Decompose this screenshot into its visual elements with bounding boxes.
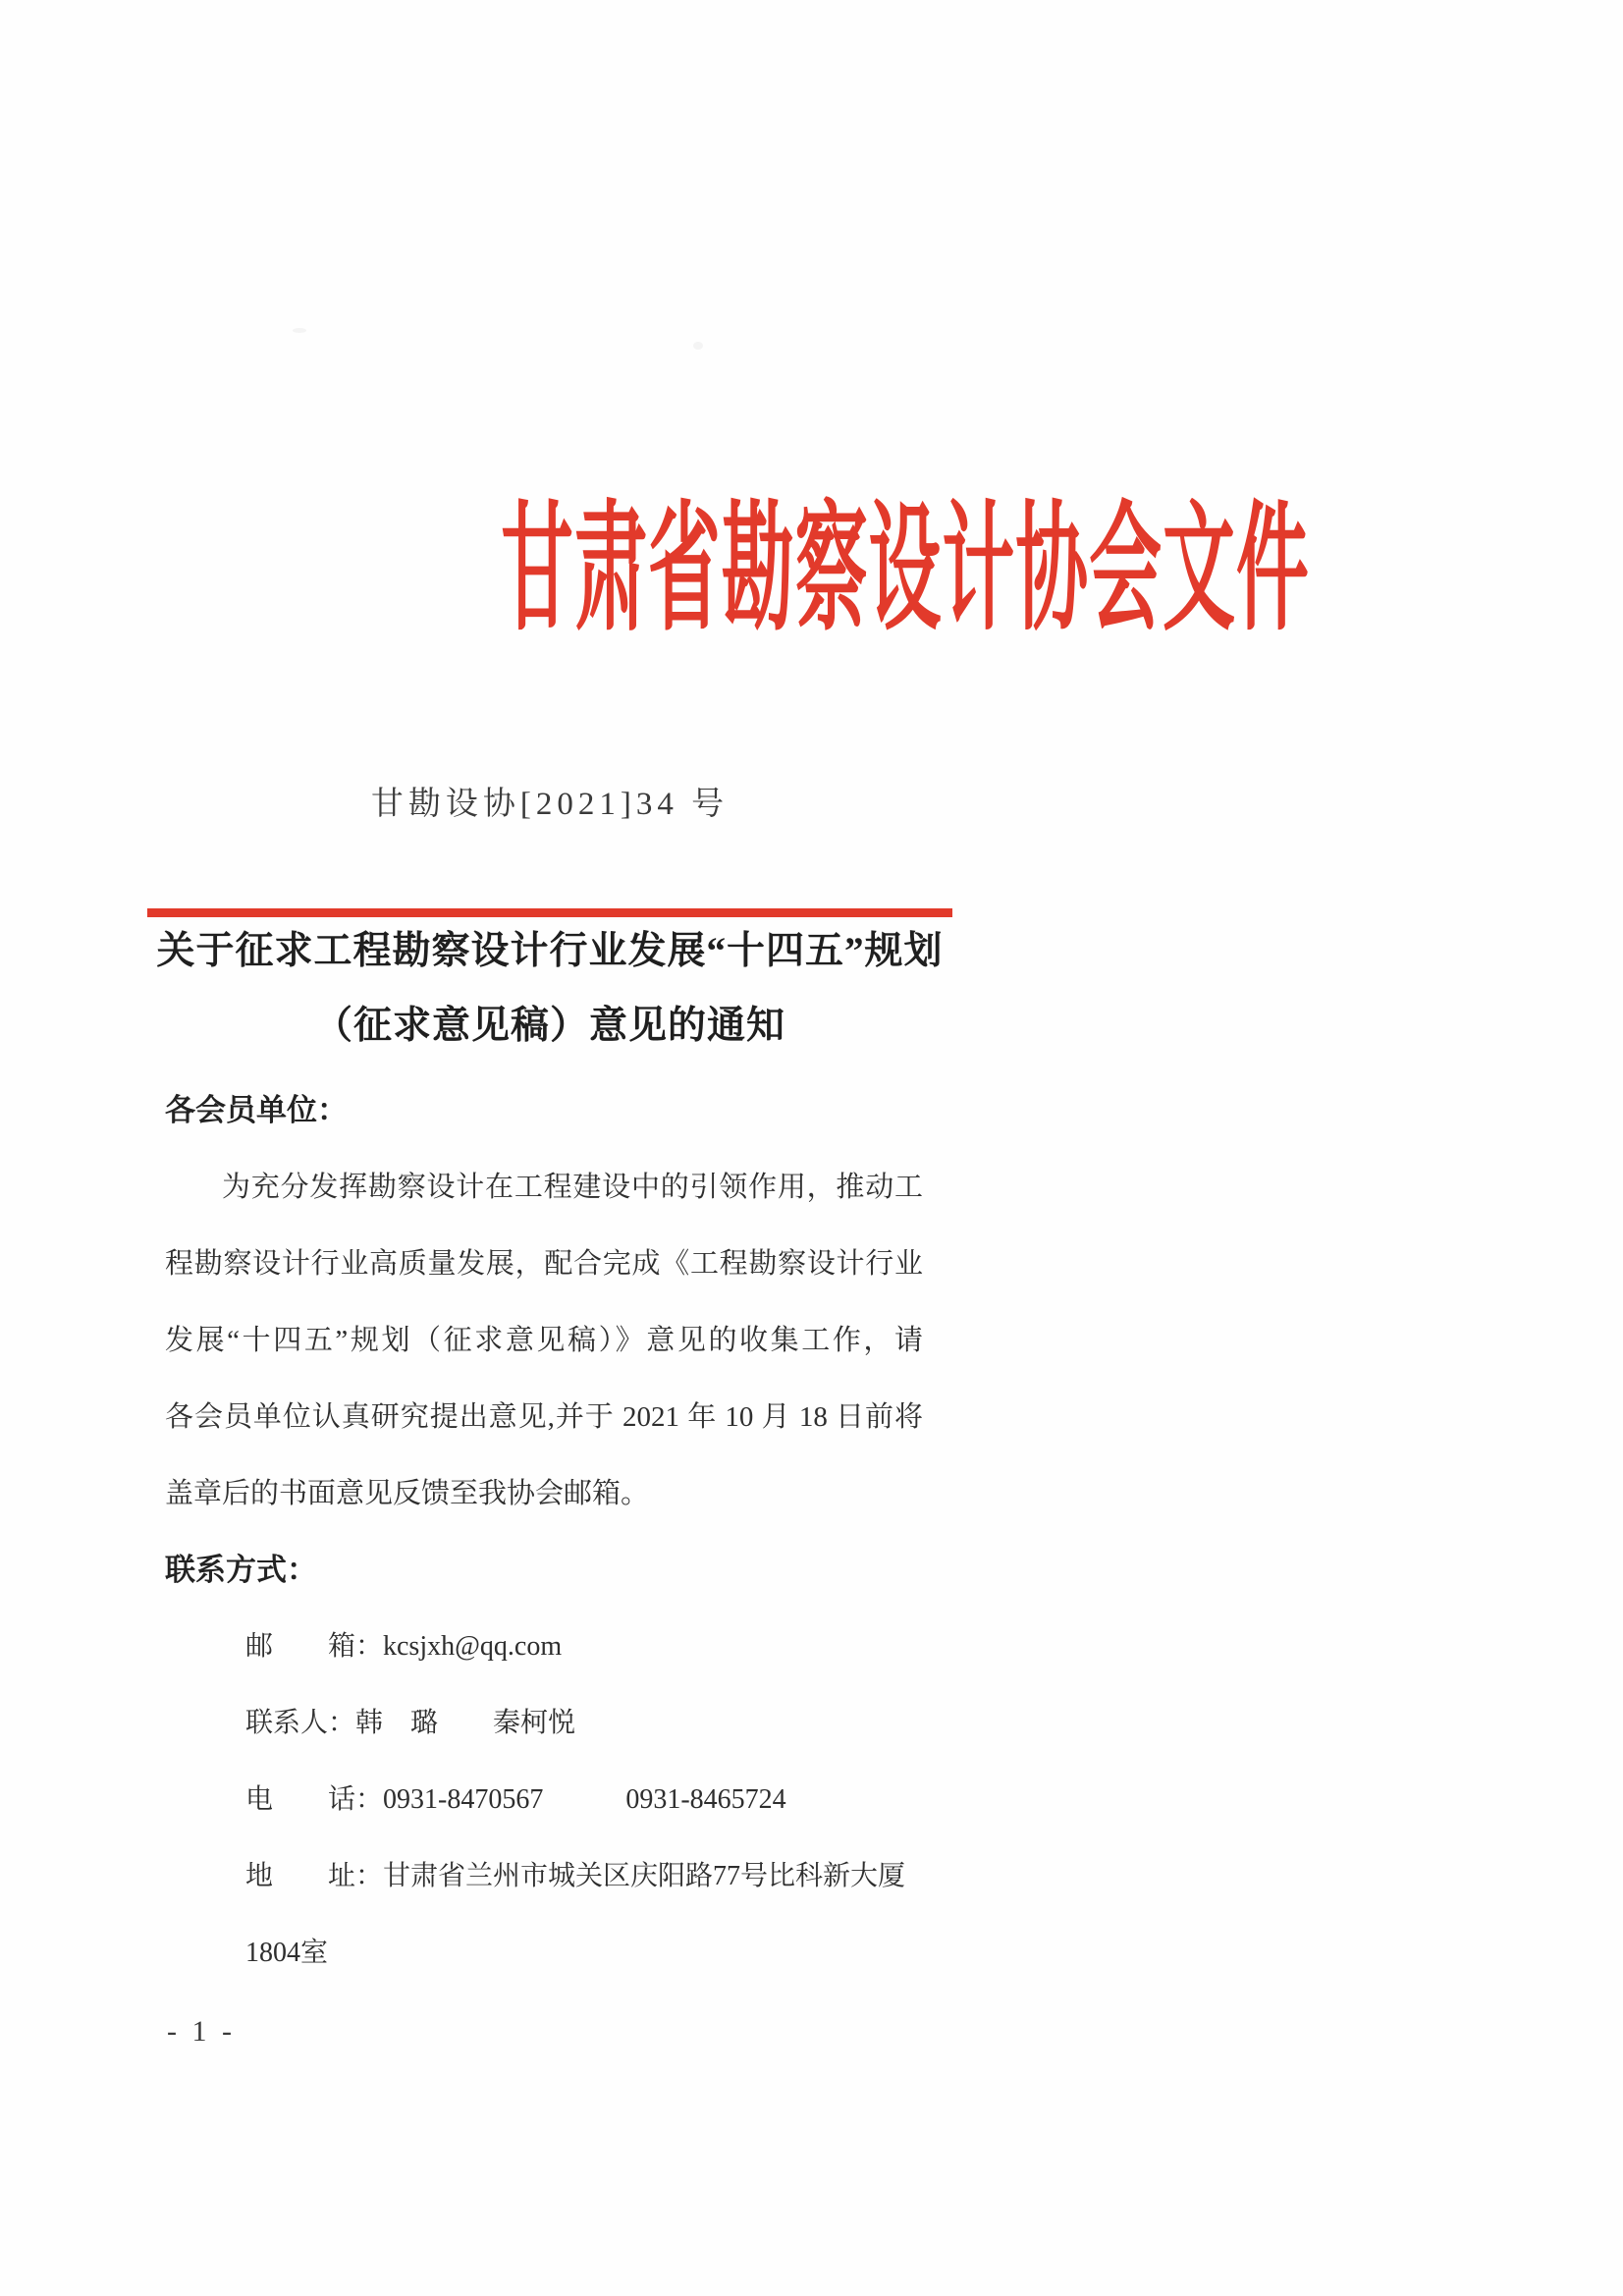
paragraph-line: 盖章后的书面意见反馈至我协会邮箱。 <box>165 1455 923 1532</box>
document-number: 甘勘设协[2021]34 号 <box>147 778 952 824</box>
document-title-line2: （征求意见稿）意见的通知 <box>118 1004 982 1049</box>
contact-address-line: 地 址：甘肃省兰州市城关区庆阳路77号比科新大厦 <box>245 1838 923 1915</box>
masthead-title: 甘肃省勘察设计协会文件 <box>501 496 1310 643</box>
contact-person-line: 联系人：韩 璐 秦柯悦 <box>245 1685 923 1762</box>
paragraph-line: 为充分发挥勘察设计在工程建设中的引领作用，推动工 <box>165 1149 923 1226</box>
paragraph-line: 发展“十四五”规划（征求意见稿）》意见的收集工作，请 <box>165 1302 923 1379</box>
masthead: 甘肃省勘察设计协会文件 <box>128 496 972 643</box>
contact-phone-line: 电 话：0931-8470567 0931-8465724 <box>245 1762 923 1838</box>
paragraph-line: 各会员单位认真研究提出意见,并于 2021 年 10 月 18 日前将 <box>165 1379 923 1455</box>
salutation: 各会员单位： <box>165 1072 923 1149</box>
contact-address-line2: 1804室 <box>245 1915 923 1992</box>
document-page: 甘肃省勘察设计协会文件 甘勘设协[2021]34 号 关于征求工程勘察设计行业发… <box>0 0 1623 2296</box>
contact-email-line: 邮 箱：kcsjxh@qq.com <box>245 1609 923 1685</box>
body-text: 各会员单位： 为充分发挥勘察设计在工程建设中的引领作用，推动工 程勘察设计行业高… <box>165 1072 923 1992</box>
paragraph-line: 程勘察设计行业高质量发展，配合完成《工程勘察设计行业 <box>165 1226 923 1302</box>
page-number: - 1 - <box>167 2015 236 2049</box>
scan-smudge <box>693 342 703 350</box>
red-divider-rule <box>147 908 952 917</box>
document-title-line1: 关于征求工程勘察设计行业发展“十四五”规划 <box>118 929 982 974</box>
scan-smudge <box>293 328 306 333</box>
contact-section-heading: 联系方式： <box>165 1532 923 1609</box>
